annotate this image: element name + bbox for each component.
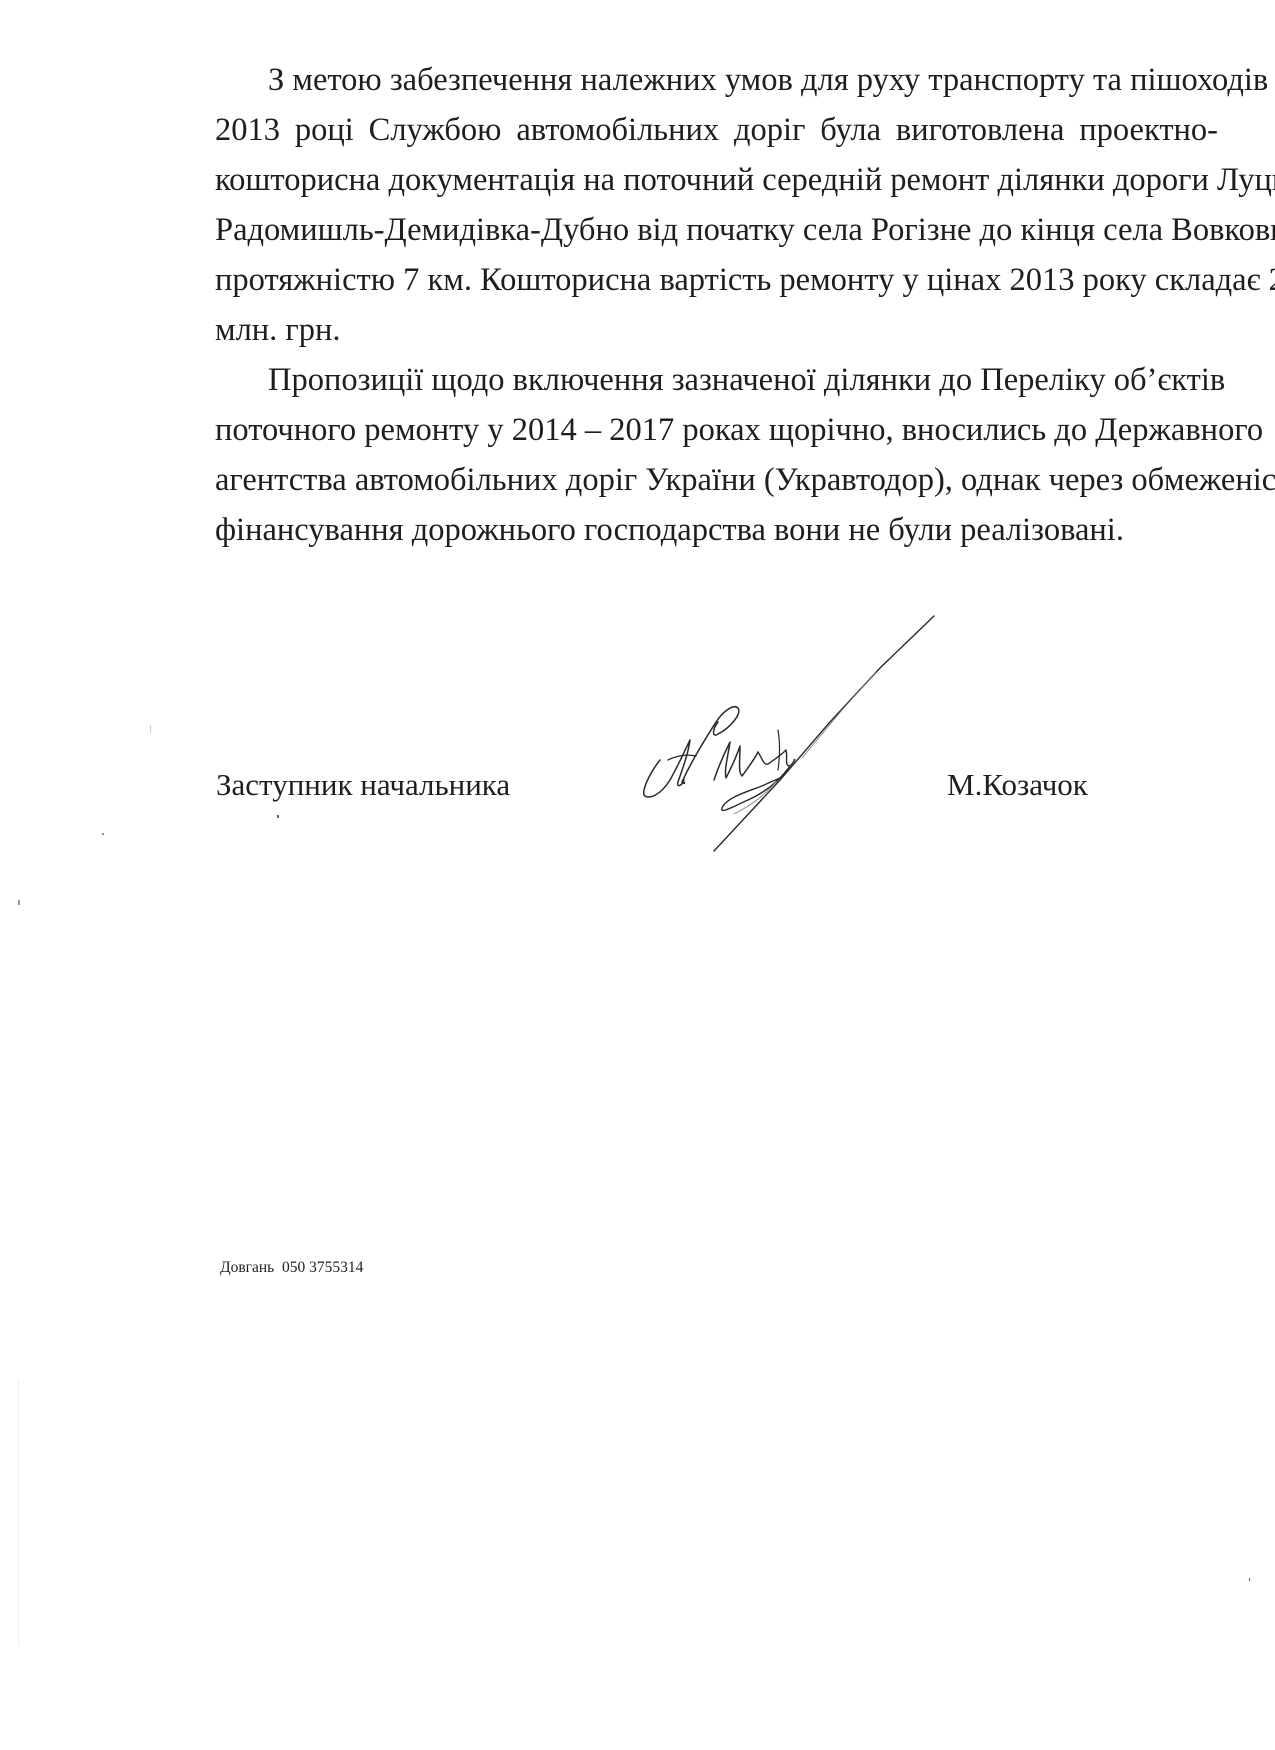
signatory-position: Заступник начальника bbox=[216, 760, 510, 810]
paragraph-2: Пропозиції щодо включення зазначеної діл… bbox=[215, 355, 1218, 555]
text-line: фінансування дорожнього господарства вон… bbox=[215, 505, 1218, 555]
text-line: кошторисна документація на поточний сере… bbox=[215, 155, 1218, 205]
text-line: З метою забезпечення належних умов для р… bbox=[215, 55, 1218, 105]
scan-speck bbox=[1249, 1578, 1250, 1581]
text-line: млн. грн. bbox=[215, 305, 1218, 355]
executor-contact: Довгань 050 3755314 bbox=[220, 1258, 363, 1278]
text-line: поточного ремонту у 2014 – 2017 роках що… bbox=[215, 405, 1218, 455]
scan-speck bbox=[150, 725, 151, 733]
scan-speck bbox=[1240, 488, 1242, 490]
text-line: 2013 році Службою автомобільних доріг бу… bbox=[215, 105, 1218, 155]
paragraph-1: З метою забезпечення належних умов для р… bbox=[215, 55, 1218, 355]
text-line: Пропозиції щодо включення зазначеної діл… bbox=[215, 355, 1218, 405]
signatory-name: М.Козачок bbox=[947, 760, 1088, 810]
scan-speck bbox=[102, 833, 104, 835]
scan-speck bbox=[18, 900, 20, 905]
scan-speck bbox=[277, 815, 279, 818]
text-line: протяжністю 7 км. Кошторисна вартість ре… bbox=[215, 255, 1218, 305]
handwritten-signature-icon bbox=[630, 610, 950, 870]
document-page: З метою забезпечення належних умов для р… bbox=[0, 0, 1275, 1750]
signature-block: Заступник начальника М.Козачок bbox=[0, 760, 1275, 810]
text-line: агентства автомобільних доріг України (У… bbox=[215, 455, 1218, 505]
scan-speck bbox=[18, 1380, 19, 1645]
text-line: Радомишль-Демидівка-Дубно від початку се… bbox=[215, 205, 1218, 255]
letter-body: З метою забезпечення належних умов для р… bbox=[215, 55, 1218, 555]
